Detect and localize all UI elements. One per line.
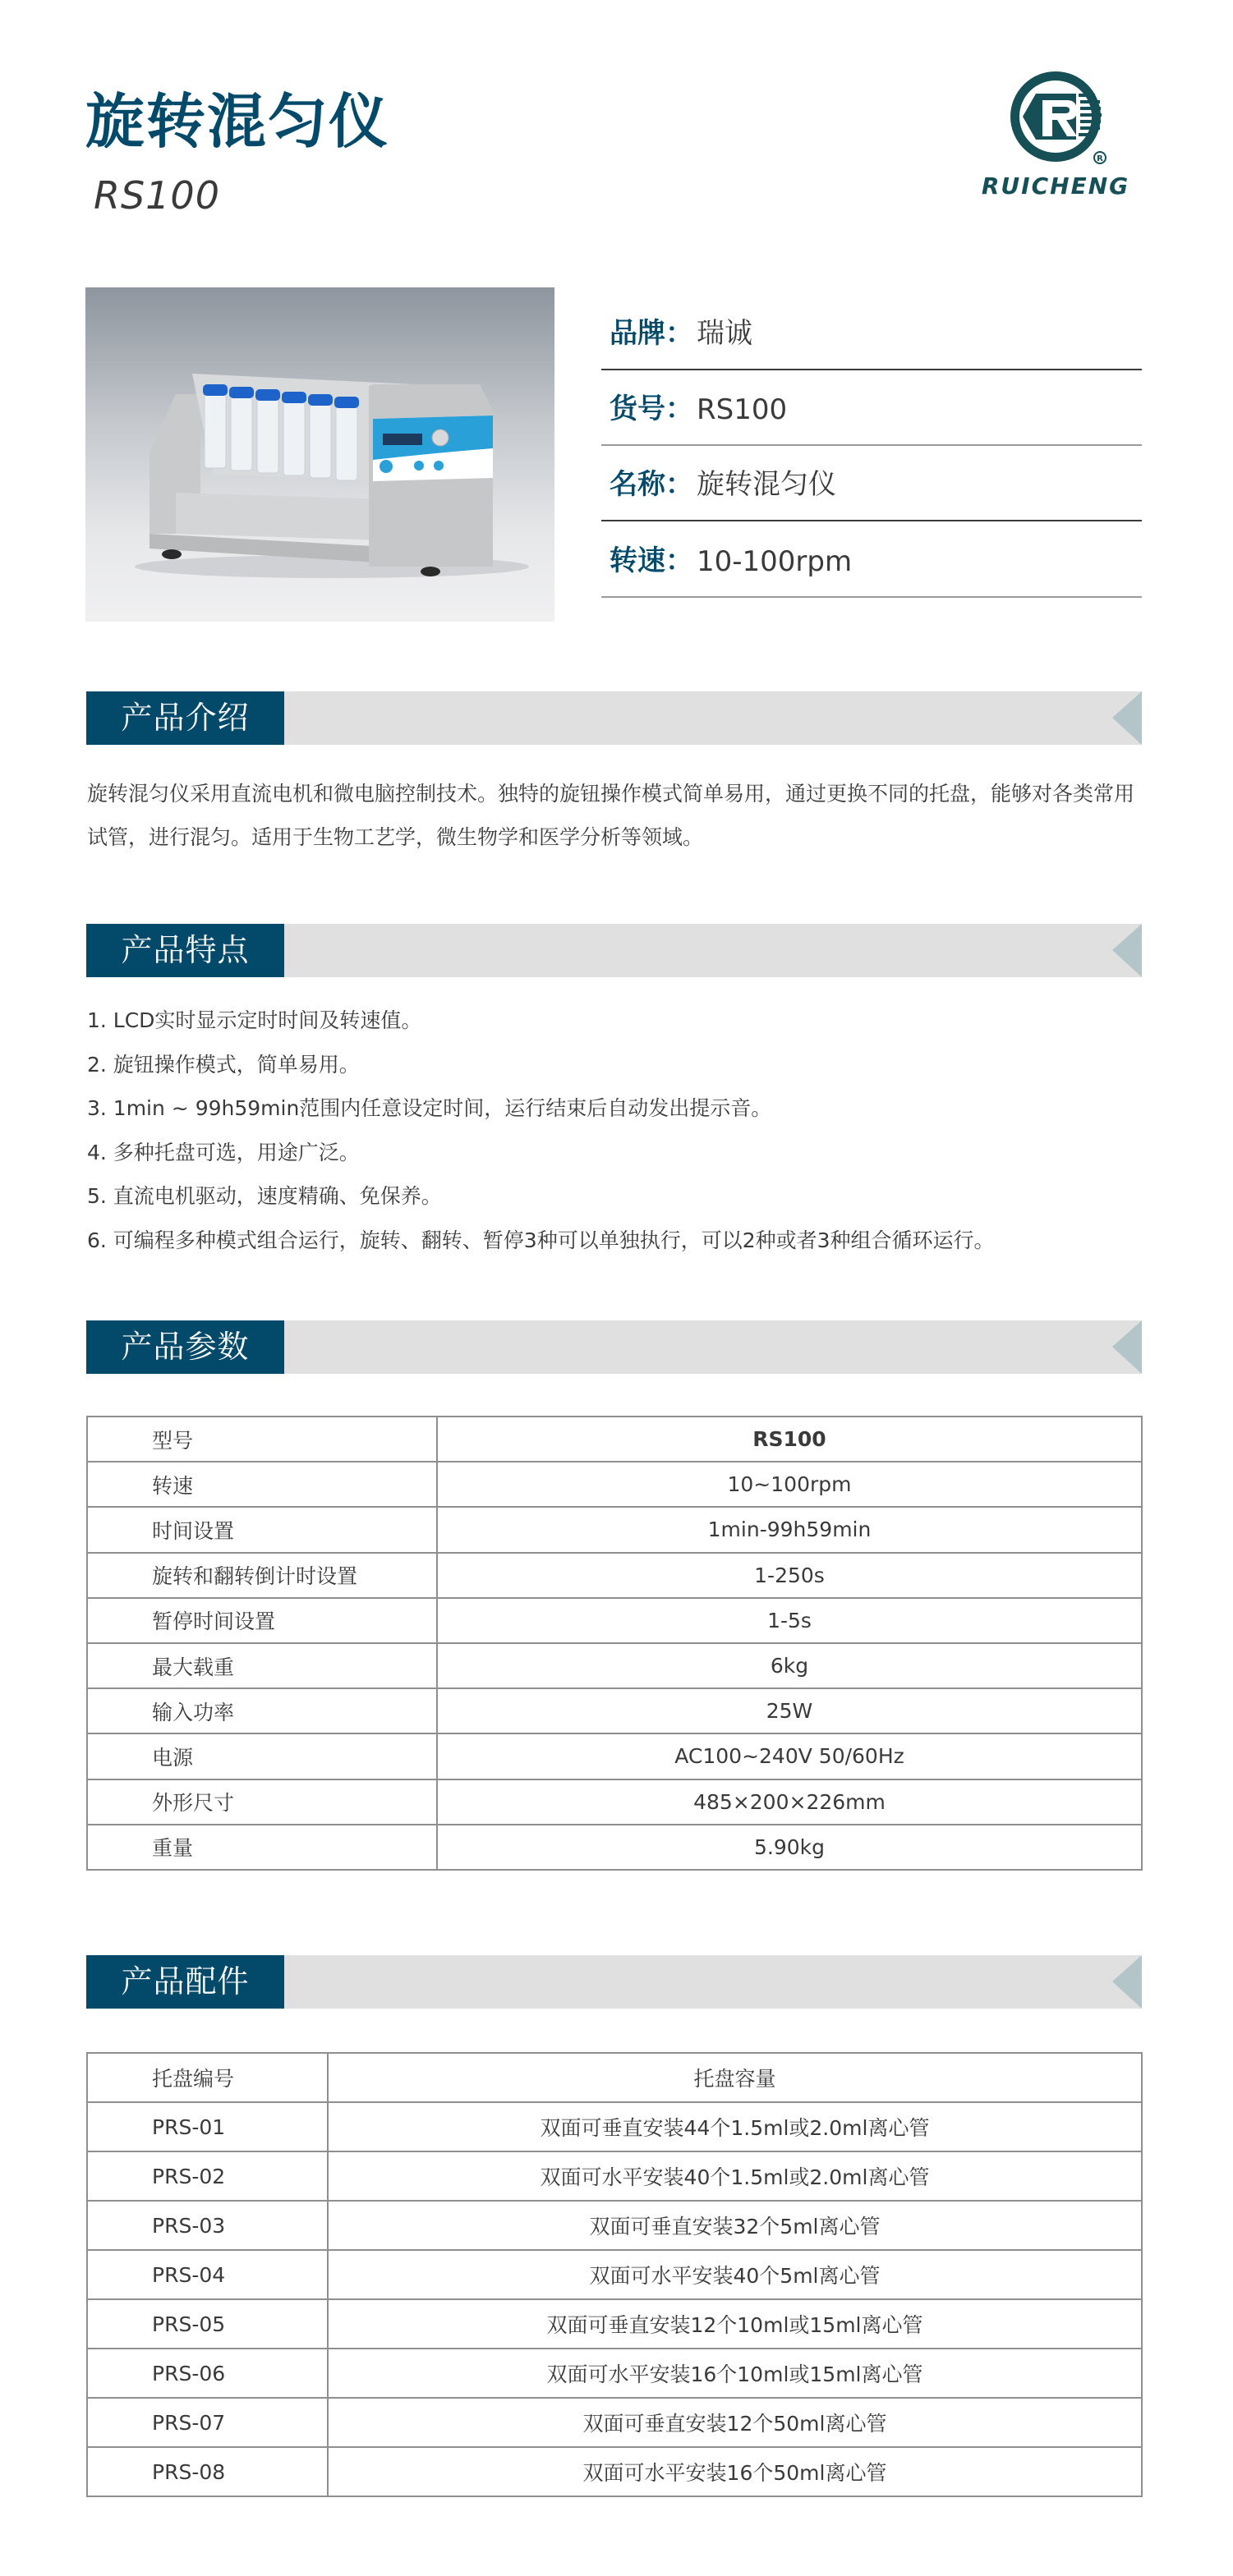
- rotator-device-illustration: [85, 287, 554, 622]
- table-row: 最大载重6kg: [87, 1643, 1142, 1688]
- arrow-left-icon: [1112, 924, 1142, 977]
- section-title: 产品特点: [86, 924, 284, 977]
- table-row: PRS-06双面可水平安装16个10ml或15ml离心管: [87, 2349, 1142, 2398]
- table-row: 旋转和翻转倒计时设置1-250s: [87, 1553, 1142, 1598]
- table-row: 时间设置1min-99h59min: [87, 1507, 1142, 1552]
- features-list: 1. LCD实时显示定时时间及转速值。 2. 旋钮操作模式，简单易用。 3. 1…: [87, 999, 1147, 1262]
- table-row: PRS-05双面可垂直安装12个10ml或15ml离心管: [87, 2299, 1142, 2349]
- section-header-intro: 产品介绍: [86, 691, 1142, 745]
- tray-capacity: 双面可垂直安装12个50ml离心管: [328, 2398, 1142, 2447]
- feature-item: 1. LCD实时显示定时时间及转速值。: [87, 999, 1147, 1043]
- tray-code: PRS-07: [87, 2398, 328, 2447]
- param-value: 1min-99h59min: [437, 1507, 1142, 1552]
- table-row: 输入功率25W: [87, 1688, 1142, 1733]
- section-title: 产品介绍: [86, 691, 284, 745]
- param-key: 暂停时间设置: [87, 1598, 437, 1643]
- param-key: 重量: [87, 1825, 437, 1870]
- feature-item: 3. 1min ~ 99h59min范围内任意设定时间，运行结束后自动发出提示音…: [87, 1086, 1147, 1131]
- arrow-left-icon: [1112, 1320, 1142, 1374]
- svg-text:R: R: [1097, 154, 1103, 163]
- tray-capacity: 双面可垂直安装12个10ml或15ml离心管: [328, 2299, 1142, 2349]
- info-value: 瑞诚: [697, 310, 752, 351]
- intro-paragraph: 旋转混匀仪采用直流电机和微电脑控制技术。独特的旋钮操作模式简单易用，通过更换不同…: [87, 772, 1147, 859]
- param-value: 5.90kg: [437, 1825, 1142, 1870]
- tray-capacity: 双面可水平安装40个5ml离心管: [328, 2250, 1142, 2299]
- feature-item: 2. 旋钮操作模式，简单易用。: [87, 1043, 1147, 1087]
- info-value: RS100: [697, 393, 787, 426]
- feature-item: 6. 可编程多种模式组合运行，旋转、翻转、暂停3种可以单独执行，可以2种或者3种…: [87, 1219, 1147, 1263]
- param-value: AC100~240V 50/60Hz: [437, 1733, 1142, 1779]
- ruicheng-r-logo-icon: R: [965, 66, 1146, 172]
- info-row-brand: 品牌： 瑞诚: [601, 295, 1142, 370]
- tray-capacity: 双面可垂直安装44个1.5ml或2.0ml离心管: [328, 2102, 1142, 2151]
- feature-item: 4. 多种托盘可选，用途广泛。: [87, 1131, 1147, 1175]
- table-row: 转速10~100rpm: [87, 1462, 1142, 1507]
- info-label: 转速：: [610, 538, 693, 578]
- tray-code: PRS-06: [87, 2349, 328, 2398]
- param-key: 外形尺寸: [87, 1779, 437, 1825]
- param-key: 电源: [87, 1733, 437, 1779]
- section-title: 产品参数: [86, 1320, 284, 1374]
- tray-code: PRS-02: [87, 2151, 328, 2201]
- page-title: 旋转混匀仪: [85, 89, 389, 154]
- param-value: RS100: [437, 1417, 1142, 1462]
- tray-code: PRS-03: [87, 2201, 328, 2250]
- brand-logo: R RUICHENG: [965, 66, 1146, 205]
- tray-capacity: 双面可水平安装40个1.5ml或2.0ml离心管: [328, 2151, 1142, 2201]
- param-value: 1-5s: [437, 1598, 1142, 1643]
- section-header-accessories: 产品配件: [86, 1955, 1142, 2009]
- info-label: 品牌：: [610, 310, 693, 351]
- accessories-table: 托盘编号托盘容量 PRS-01双面可垂直安装44个1.5ml或2.0ml离心管 …: [86, 2052, 1143, 2497]
- tray-code: PRS-05: [87, 2299, 328, 2349]
- param-key: 旋转和翻转倒计时设置: [87, 1553, 437, 1598]
- table-row: 型号RS100: [87, 1417, 1142, 1462]
- param-key: 最大载重: [87, 1643, 437, 1688]
- param-value: 485×200×226mm: [437, 1779, 1142, 1825]
- param-key: 时间设置: [87, 1507, 437, 1552]
- info-value: 10-100rpm: [697, 545, 852, 578]
- tray-capacity: 双面可垂直安装32个5ml离心管: [328, 2201, 1142, 2250]
- tray-capacity: 双面可水平安装16个50ml离心管: [328, 2447, 1142, 2496]
- brand-wordmark: RUICHENG: [968, 172, 1143, 200]
- table-row: 重量5.90kg: [87, 1825, 1142, 1870]
- info-row-name: 名称： 旋转混匀仪: [601, 446, 1142, 521]
- param-value: 6kg: [437, 1643, 1142, 1688]
- info-value: 旋转混匀仪: [697, 461, 836, 502]
- table-row: 电源AC100~240V 50/60Hz: [87, 1733, 1142, 1779]
- table-row: 外形尺寸485×200×226mm: [87, 1779, 1142, 1825]
- table-row: PRS-08双面可水平安装16个50ml离心管: [87, 2447, 1142, 2496]
- table-row: 暂停时间设置1-5s: [87, 1598, 1142, 1643]
- model-subtitle: RS100: [94, 174, 220, 217]
- tray-code: PRS-01: [87, 2102, 328, 2151]
- tray-capacity: 双面可水平安装16个10ml或15ml离心管: [328, 2349, 1142, 2398]
- param-value: 25W: [437, 1688, 1142, 1733]
- param-key: 输入功率: [87, 1688, 437, 1733]
- param-value: 1-250s: [437, 1553, 1142, 1598]
- params-table: 型号RS100 转速10~100rpm 时间设置1min-99h59min 旋转…: [86, 1416, 1143, 1871]
- tray-code: PRS-08: [87, 2447, 328, 2496]
- table-row: PRS-02双面可水平安装40个1.5ml或2.0ml离心管: [87, 2151, 1142, 2201]
- section-header-params: 产品参数: [86, 1320, 1142, 1374]
- column-header: 托盘容量: [328, 2053, 1142, 2102]
- table-header-row: 托盘编号托盘容量: [87, 2053, 1142, 2102]
- product-photo: [85, 287, 554, 622]
- tray-code: PRS-04: [87, 2250, 328, 2299]
- table-row: PRS-03双面可垂直安装32个5ml离心管: [87, 2201, 1142, 2250]
- table-row: PRS-07双面可垂直安装12个50ml离心管: [87, 2398, 1142, 2447]
- info-label: 货号：: [610, 386, 693, 426]
- table-row: PRS-01双面可垂直安装44个1.5ml或2.0ml离心管: [87, 2102, 1142, 2151]
- info-row-item-no: 货号： RS100: [601, 370, 1142, 446]
- param-key: 转速: [87, 1462, 437, 1507]
- info-label: 名称：: [610, 461, 693, 502]
- section-header-features: 产品特点: [86, 924, 1142, 977]
- info-row-speed: 转速： 10-100rpm: [601, 522, 1142, 598]
- param-value: 10~100rpm: [437, 1462, 1142, 1507]
- arrow-left-icon: [1112, 1955, 1142, 2009]
- feature-item: 5. 直流电机驱动，速度精确、免保养。: [87, 1174, 1147, 1219]
- section-title: 产品配件: [86, 1955, 284, 2009]
- column-header: 托盘编号: [87, 2053, 328, 2102]
- arrow-left-icon: [1112, 691, 1142, 745]
- table-row: PRS-04双面可水平安装40个5ml离心管: [87, 2250, 1142, 2299]
- param-key: 型号: [87, 1417, 437, 1462]
